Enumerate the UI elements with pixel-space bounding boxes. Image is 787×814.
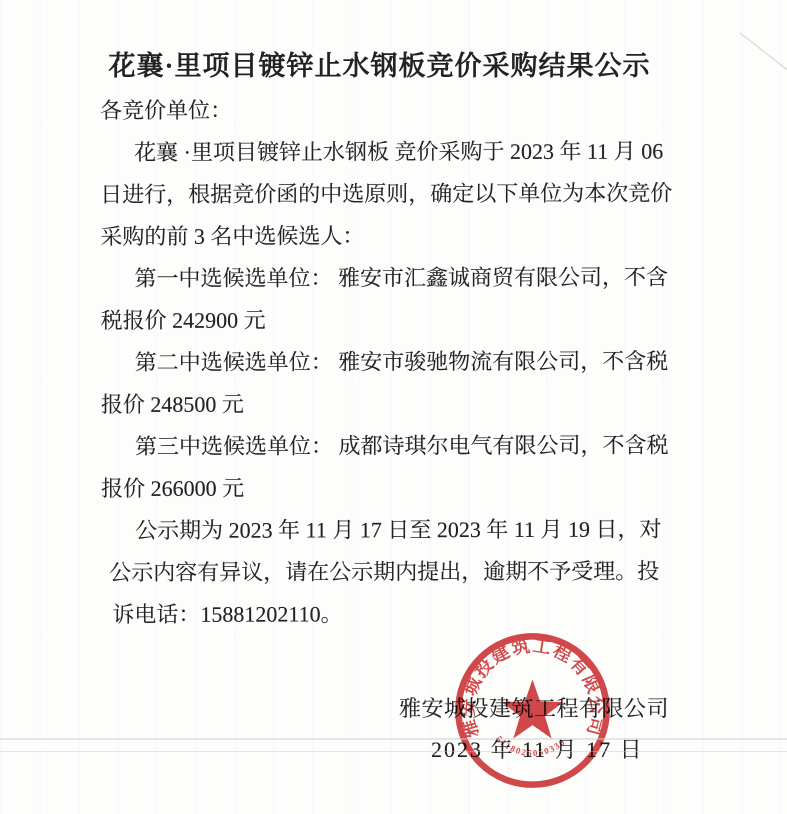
body-line: 采购的前 3 名中选候选人： [100,214,700,258]
body-line: 第一中选候选单位： 雅安市汇鑫诚商贸有限公司，不含 [100,256,700,300]
scan-artifact-line [0,751,787,752]
body-line: 公示内容有异议，请在公示期内提出，逾期不予受理。投 [109,550,701,594]
body-line: 税报价 242900 元 [101,298,701,342]
body-line: 花襄 ·里项目镀锌止水钢板 竞价采购于 2023 年 11 月 06 [100,130,700,174]
document-title: 花襄·里项目镀锌止水钢板竞价采购结果公示 [0,44,773,83]
body-line: 报价 248500 元 [101,382,701,426]
body-line: 第二中选候选单位： 雅安市骏驰物流有限公司，不含税 [101,340,701,384]
document-body: 各竞价单位： 花襄 ·里项目镀锌止水钢板 竞价采购于 2023 年 11 月 0… [100,88,701,636]
body-line: 报价 266000 元 [101,466,701,510]
body-line: 公示期为 2023 年 11 月 17 日至 2023 年 11 月 19 日，… [101,508,701,552]
body-line: 第三中选候选单位： 成都诗琪尔电气有限公司，不含税 [101,424,701,468]
seal-star-icon [502,680,564,739]
scan-artifact-line [0,738,787,740]
body-line: 各竞价单位： [100,88,700,132]
scanned-document-page: 花襄·里项目镀锌止水钢板竞价采购结果公示 各竞价单位： 花襄 ·里项目镀锌止水钢… [0,0,787,814]
official-seal: 雅安城投建筑工程有限公司 5118025050330 [451,629,614,792]
body-line: 日进行，根据竞价函的中选原则，确定以下单位为本次竞价 [100,172,700,216]
